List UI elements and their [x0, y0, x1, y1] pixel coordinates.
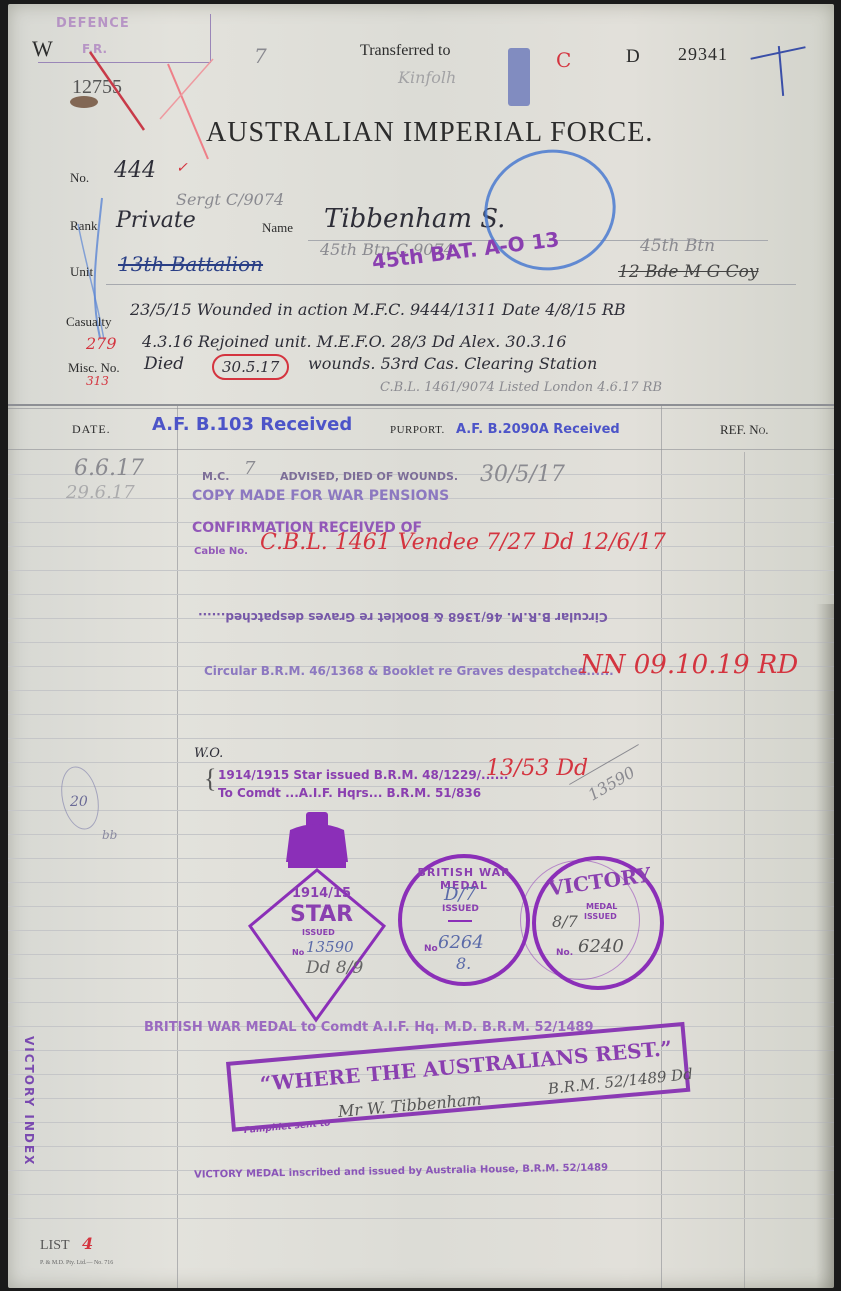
victory-index-stamp: VICTORY INDEX	[22, 1036, 36, 1166]
entry-cable-prefix: Cable No.	[194, 546, 248, 557]
ruled-line	[8, 762, 834, 763]
bwm-hand: D/7	[444, 884, 476, 905]
entry-circular-red-date: NN 09.10.19 RD	[580, 650, 798, 680]
header-stamp-right: A.F. B.2090A Received	[456, 422, 620, 437]
unit-right-struck: 12 Bde M G Coy	[618, 262, 759, 282]
misc-died: Died	[144, 354, 184, 374]
ruled-line	[8, 570, 834, 571]
table-top-rule-2	[8, 408, 834, 409]
ruled-line	[8, 642, 834, 643]
blue-circle-mark	[471, 136, 628, 284]
entry-war-pensions: COPY MADE FOR WAR PENSIONS	[192, 488, 449, 504]
victory-number: 6240	[578, 936, 624, 957]
page-title: AUSTRALIAN IMPERIAL FORCE.	[206, 117, 653, 149]
blue-cross-v	[778, 46, 784, 96]
entry-died-of-wounds: ADVISED, DIED OF WOUNDS.	[280, 470, 458, 483]
ruled-line	[8, 1122, 834, 1123]
entry-pencil-13590: 13590	[585, 763, 639, 805]
victory-issued-label: ISSUED	[584, 912, 617, 921]
misc-line-1-suffix: wounds. 53rd Cas. Clearing Station	[308, 354, 597, 373]
unit-value-struck: 13th Battalion	[118, 252, 263, 276]
ruled-line	[8, 714, 834, 715]
entry-wo-note: W.O.	[194, 746, 223, 761]
star-stamp-no-label: No	[292, 948, 304, 957]
unit-right-pencil: 45th Btn	[640, 236, 715, 256]
table-header-rule	[8, 449, 834, 450]
name-label: Name	[262, 220, 293, 236]
date-column-divider	[177, 406, 178, 1288]
star-stamp-number: 13590	[306, 938, 354, 956]
table-top-rule	[8, 404, 834, 406]
victory-hand: 8/7	[552, 912, 578, 931]
d-label: D	[626, 46, 640, 68]
entry-died-date: 30/5/17	[480, 462, 565, 487]
victory-no-label: No.	[556, 948, 573, 958]
ruled-line	[8, 1218, 834, 1219]
ruled-line	[8, 810, 834, 811]
ruled-line	[8, 690, 834, 691]
unit-label: Unit	[70, 264, 93, 280]
bwm-dash	[448, 920, 472, 922]
pencil-circled-number: 20	[70, 794, 88, 810]
ruled-line	[8, 834, 834, 835]
bwm-issued: ISSUED	[442, 904, 479, 914]
no-label: No.	[70, 170, 89, 186]
unit-underline	[106, 284, 796, 285]
entry-mc-mark: 7	[244, 458, 255, 479]
purport-column-header: PURPORT.	[390, 424, 445, 436]
casualty-line-2: 4.3.16 Rejoined unit. M.E.F.O. 28/3 Dd A…	[142, 332, 567, 351]
ruled-line	[8, 594, 834, 595]
star-stamp-year: 1914/15	[292, 886, 351, 901]
printer-line: P. & M.D. Pty. Ltd.— No. 716	[40, 1260, 113, 1266]
star-stamp-hand: Dd 8/9	[306, 958, 363, 978]
list-value: 4	[82, 1234, 93, 1253]
blue-crayon-mark	[508, 48, 530, 106]
date-entry-1: 6.6.17	[74, 456, 144, 481]
pencil-seven: 7	[254, 44, 267, 68]
bwm-mark: 8.	[456, 954, 471, 973]
entry-star-red: 13/53 Dd	[486, 756, 588, 781]
entry-bwm-to-comdt: BRITISH WAR MEDAL to Comdt A.I.F. Hq. M.…	[144, 1020, 593, 1035]
bwm-number: 6264	[438, 932, 484, 953]
ruled-line	[8, 1194, 834, 1195]
d-number: 29341	[678, 44, 728, 65]
date-entry-2: 29.6.17	[66, 482, 135, 503]
ruled-line	[8, 858, 834, 859]
pencil-sub-note: bb	[102, 828, 117, 842]
misc-date-circled: 30.5.17	[212, 354, 289, 380]
misc-red-number-2: 313	[86, 374, 109, 388]
pencil-scribble: Kinfolh	[398, 68, 456, 87]
star-stamp-issued: ISSUED	[302, 928, 335, 937]
name-value: Tibbenham S.	[324, 204, 505, 234]
red-cross-marks	[8, 4, 268, 184]
torn-edge-shadow	[816, 604, 834, 1288]
service-record-card: DEFENCE W F.R. 12755 7 Transferred to C …	[8, 4, 834, 1288]
ruled-line	[8, 1146, 834, 1147]
rank-pencil-above: Sergt C/9074	[176, 190, 284, 209]
ruled-line	[8, 738, 834, 739]
entry-to-comdt: To Comdt ...A.I.F. Hqrs... B.R.M. 51/836	[218, 786, 481, 800]
entry-star-issued: 1914/1915 Star issued B.R.M. 48/1229/...…	[218, 768, 508, 782]
bwm-no-label: No	[424, 944, 438, 954]
entry-victory-medal: VICTORY MEDAL inscribed and issued by Au…	[194, 1162, 608, 1180]
victory-medal-label: MEDAL	[586, 902, 617, 911]
star-stamp-label: STAR	[290, 902, 353, 927]
casualty-line-1: 23/5/15 Wounded in action M.F.C. 9444/13…	[130, 300, 626, 319]
entry-mc-prefix: M.C.	[202, 470, 229, 483]
transferred-to-label: Transferred to	[360, 42, 451, 60]
entry-circular: Circular B.R.M. 46/1368 & Booklet re Gra…	[204, 664, 614, 678]
ref-no-column-header: REF. No.	[720, 422, 768, 438]
ruled-line	[8, 1002, 834, 1003]
list-label: LIST	[40, 1238, 70, 1254]
red-tick: ✓	[176, 160, 188, 176]
ruled-line	[8, 978, 834, 979]
transferred-red-mark: C	[556, 48, 571, 72]
casualty-label: Casualty	[66, 314, 112, 330]
entry-inverted-circular: Circular B.R.M. 46/1368 & Booklet re Gra…	[198, 610, 608, 624]
ref-column-divider	[744, 452, 745, 1288]
misc-red-number-1: 279	[86, 334, 117, 353]
header-stamp-left: A.F. B.103 Received	[152, 414, 352, 435]
no-value: 444	[114, 158, 156, 183]
brace: {	[204, 764, 216, 794]
date-column-header: DATE.	[72, 422, 111, 437]
misc-line-2: C.B.L. 1461/9074 Listed London 4.6.17 RB	[380, 380, 662, 395]
entry-cable-value: C.B.L. 1461 Vendee 7/27 Dd 12/6/17	[260, 530, 666, 555]
